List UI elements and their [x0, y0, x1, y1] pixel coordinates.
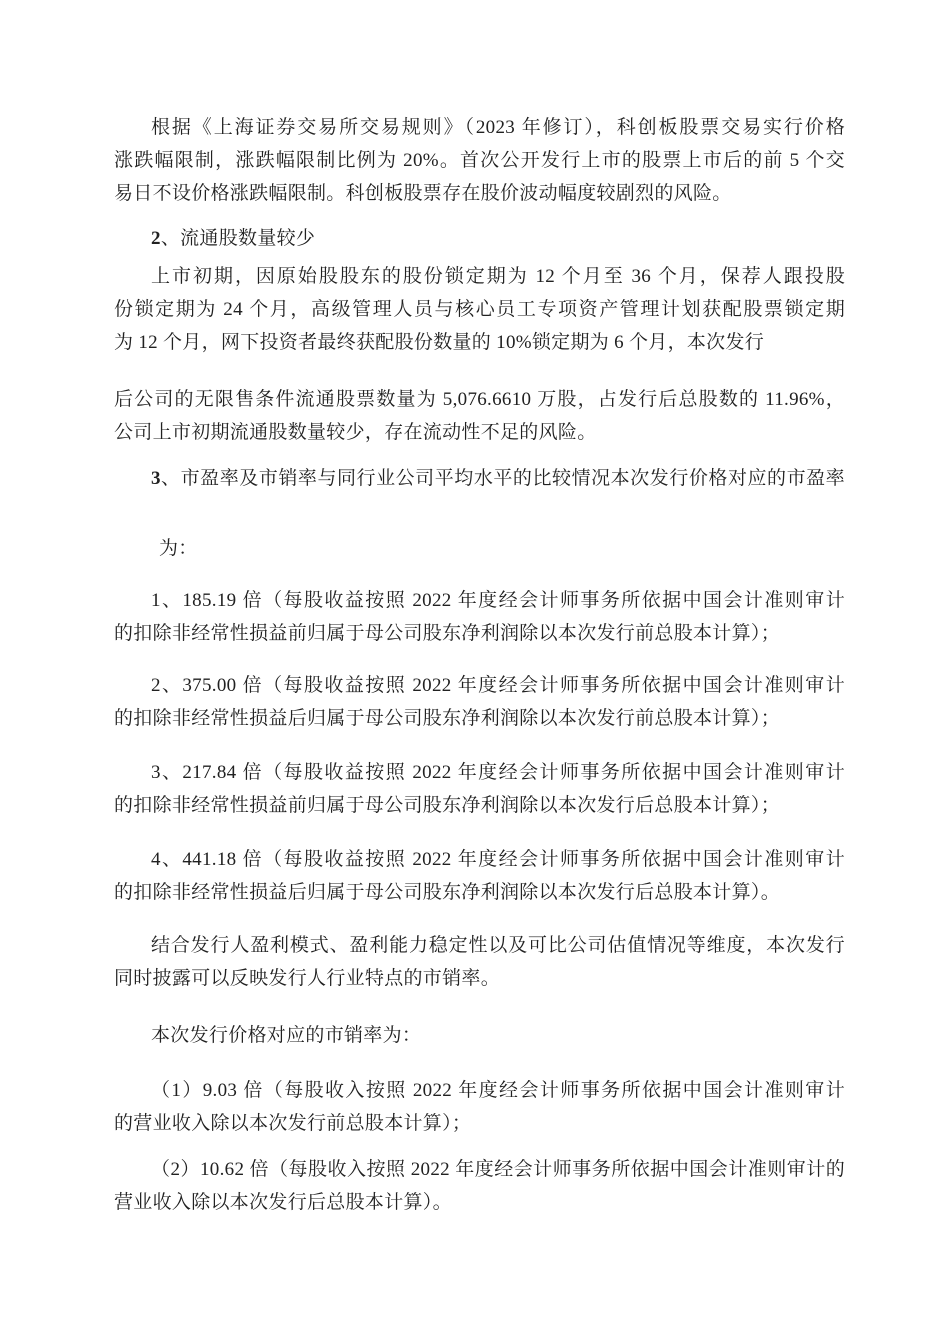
ps-ratio-item-2: （2）10.62 倍（每股收入按照 2022 年度经会计师事务所依据中国会计准则… [114, 1153, 845, 1219]
heading-text: 、流通股数量较少 [161, 228, 315, 249]
document-body: 根据《上海证券交易所交易规则》（2023 年修订），科创板股票交易实行价格 涨跌… [114, 0, 845, 1219]
text-line: 涨跌幅限制，涨跌幅限制比例为 20%。首次公开发行上市的股票上市后的前 5 个交 [114, 144, 845, 177]
text-line: 的营业收入除以本次发行前总股本计算）； [114, 1107, 845, 1140]
ps-ratio-item-1: （1）9.03 倍（每股收入按照 2022 年度经会计师事务所依据中国会计准则审… [114, 1074, 845, 1140]
text-line: 公司上市初期流通股数量较少，存在流动性不足的风险。 [114, 416, 845, 449]
heading-section-3: 3、市盈率及市销率与同行业公司平均水平的比较情况本次发行价格对应的市盈率 为： [114, 462, 845, 565]
text-line: 的扣除非经常性损益后归属于母公司股东净利润除以本次发行前总股本计算）； [114, 702, 845, 735]
heading-number: 3 [151, 468, 161, 489]
text-line: 同时披露可以反映发行人行业特点的市销率。 [114, 962, 845, 995]
paragraph-ps-lead: 本次发行价格对应的市销率为： [114, 1019, 845, 1052]
text-line: （1）9.03 倍（每股收入按照 2022 年度经会计师事务所依据中国会计准则审… [114, 1074, 845, 1107]
pe-ratio-item-4: 4、441.18 倍（每股收益按照 2022 年度经会计师事务所依据中国会计准则… [114, 843, 845, 909]
text-line: 4、441.18 倍（每股收益按照 2022 年度经会计师事务所依据中国会计准则… [114, 843, 845, 876]
heading-line: 为： [114, 532, 845, 565]
paragraph-price-limit: 根据《上海证券交易所交易规则》（2023 年修订），科创板股票交易实行价格 涨跌… [114, 111, 845, 210]
text-line: 2、375.00 倍（每股收益按照 2022 年度经会计师事务所依据中国会计准则… [114, 669, 845, 702]
heading-number: 2 [151, 228, 161, 249]
text-line: 的扣除非经常性损益前归属于母公司股东净利润除以本次发行后总股本计算）； [114, 789, 845, 822]
text-line: （2）10.62 倍（每股收入按照 2022 年度经会计师事务所依据中国会计准则… [114, 1153, 845, 1186]
heading-line: 2、流通股数量较少 [114, 222, 845, 255]
pe-ratio-item-1: 1、185.19 倍（每股收益按照 2022 年度经会计师事务所依据中国会计准则… [114, 584, 845, 650]
heading-text: 、市盈率及市销率与同行业公司平均水平的比较情况本次发行价格对应的市盈率 [161, 468, 845, 489]
text-line: 根据《上海证券交易所交易规则》（2023 年修订），科创板股票交易实行价格 [114, 111, 845, 144]
text-line: 营业收入除以本次发行后总股本计算）。 [114, 1186, 845, 1219]
text-line: 易日不设价格涨跌幅限制。科创板股票存在股价波动幅度较剧烈的风险。 [114, 177, 845, 210]
text-line: 为 12 个月，网下投资者最终获配股份数量的 10%锁定期为 6 个月，本次发行 [114, 326, 845, 359]
text-line: 上市初期，因原始股股东的股份锁定期为 12 个月至 36 个月，保荐人跟投股 [114, 260, 845, 293]
paragraph-ps-intro: 结合发行人盈利模式、盈利能力稳定性以及可比公司估值情况等维度，本次发行 同时披露… [114, 929, 845, 995]
text-line: 3、217.84 倍（每股收益按照 2022 年度经会计师事务所依据中国会计准则… [114, 756, 845, 789]
heading-line: 3、市盈率及市销率与同行业公司平均水平的比较情况本次发行价格对应的市盈率 [114, 462, 845, 495]
text-line: 份锁定期为 24 个月，高级管理人员与核心员工专项资产管理计划获配股票锁定期 [114, 293, 845, 326]
text-line: 结合发行人盈利模式、盈利能力稳定性以及可比公司估值情况等维度，本次发行 [114, 929, 845, 962]
text-line: 1、185.19 倍（每股收益按照 2022 年度经会计师事务所依据中国会计准则… [114, 584, 845, 617]
paragraph-lockup-periods: 上市初期，因原始股股东的股份锁定期为 12 个月至 36 个月，保荐人跟投股 份… [114, 260, 845, 359]
heading-section-2: 2、流通股数量较少 [114, 222, 845, 255]
text-line: 本次发行价格对应的市销率为： [114, 1019, 845, 1052]
text-line: 的扣除非经常性损益后归属于母公司股东净利润除以本次发行后总股本计算）。 [114, 876, 845, 909]
paragraph-float-shares: 后公司的无限售条件流通股票数量为 5,076.6610 万股，占发行后总股数的 … [114, 383, 845, 449]
pe-ratio-item-2: 2、375.00 倍（每股收益按照 2022 年度经会计师事务所依据中国会计准则… [114, 669, 845, 735]
document-page: 根据《上海证券交易所交易规则》（2023 年修订），科创板股票交易实行价格 涨跌… [0, 0, 950, 1344]
text-line: 的扣除非经常性损益前归属于母公司股东净利润除以本次发行前总股本计算）； [114, 617, 845, 650]
text-line: 后公司的无限售条件流通股票数量为 5,076.6610 万股，占发行后总股数的 … [114, 383, 845, 416]
pe-ratio-item-3: 3、217.84 倍（每股收益按照 2022 年度经会计师事务所依据中国会计准则… [114, 756, 845, 822]
